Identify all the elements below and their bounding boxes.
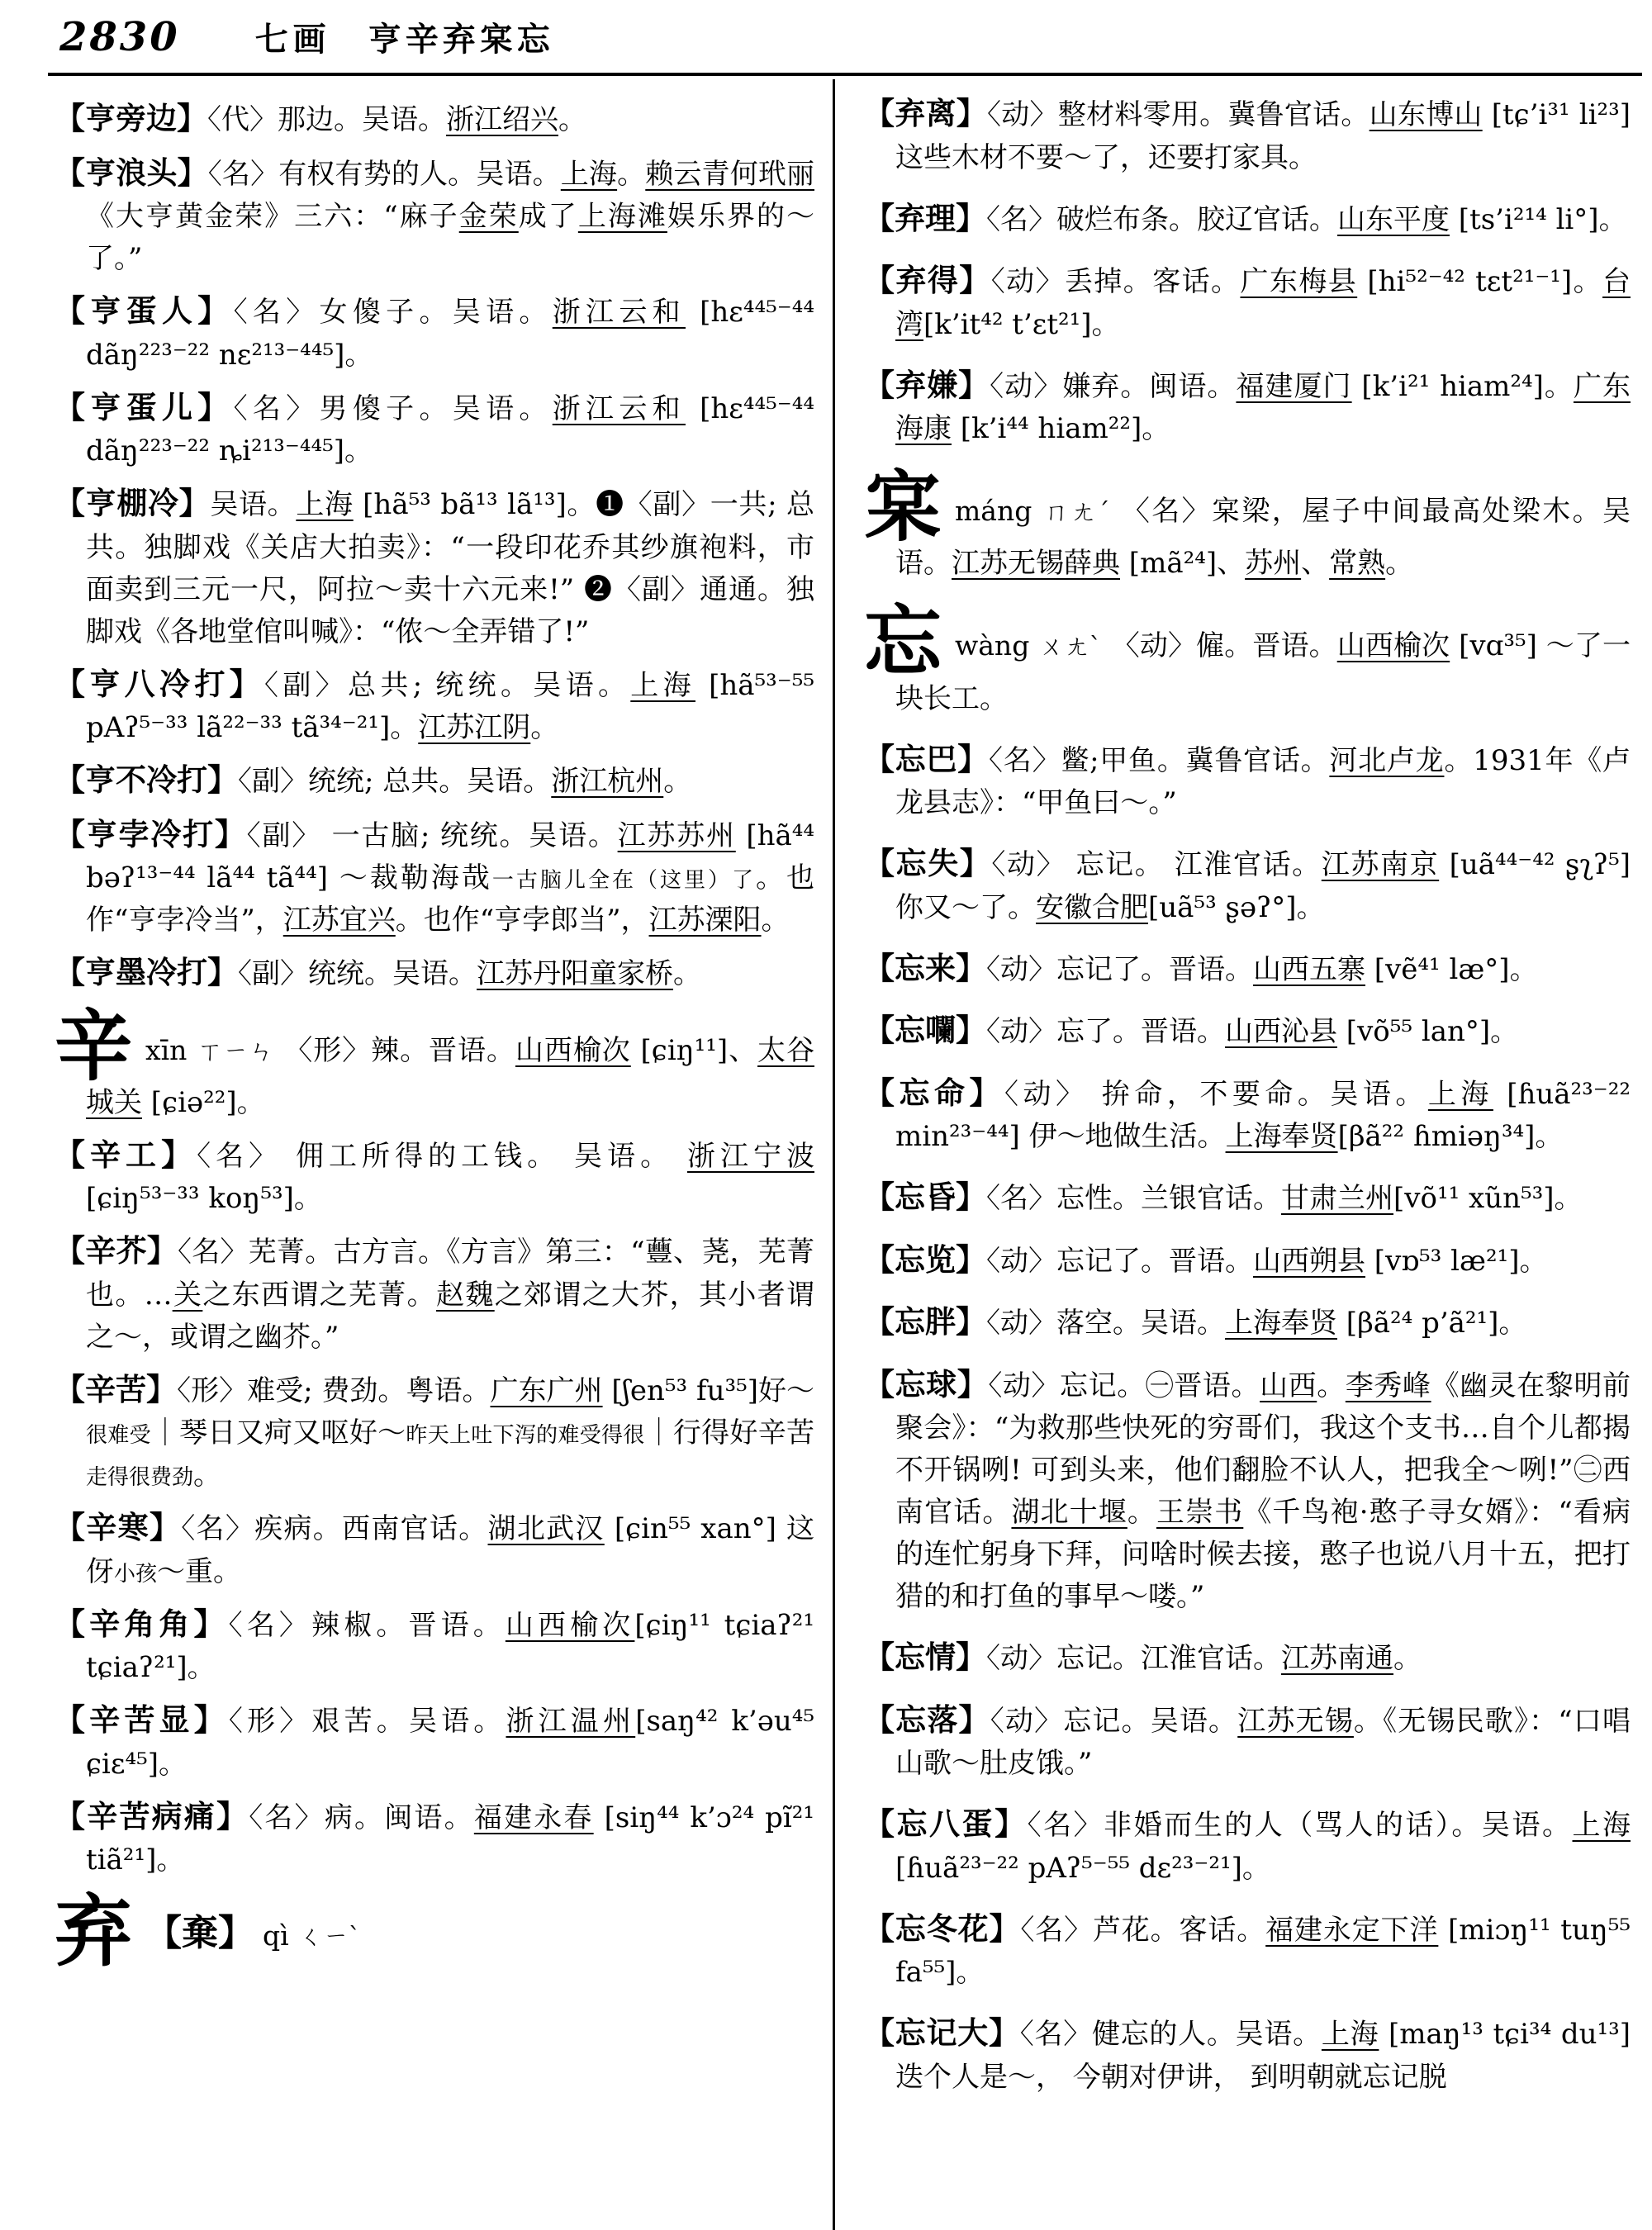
entry-headword: 【亨八冷打】 xyxy=(55,666,264,702)
entry-text: 〈动〉忘记了。晋语。 xyxy=(986,1245,1253,1278)
entry-headword: 【亨浪头】 xyxy=(55,154,208,191)
proper-noun: 福建永春 xyxy=(474,1801,594,1834)
gloss-text: 走得很费劲 xyxy=(86,1465,193,1490)
entry-headword: 【辛工】 xyxy=(55,1136,197,1173)
entry-text: 。 xyxy=(617,158,645,191)
entry-headword: 【辛苦显】 xyxy=(55,1701,229,1738)
entry-text: [ʃen⁵³ fu³⁵]好～ xyxy=(603,1374,814,1407)
dict-entry: 【忘巴】〈名〉鳖;甲鱼。冀鲁官话。河北卢龙。1931年《卢龙县志》：“甲鱼曰～。… xyxy=(864,737,1631,825)
entry-text: [k’i⁴⁴ hiam²²]。 xyxy=(952,412,1170,445)
proper-noun: 浙江绍兴 xyxy=(446,103,558,136)
entry-text: 〈动〉 拚命，不要命。吴语。 xyxy=(1004,1078,1428,1111)
gloss-text: 小孩 xyxy=(114,1562,157,1587)
dict-entry: 【辛苦】〈形〉难受; 费劲。粤语。广东广州 [ʃen⁵³ fu³⁵]好～很难受｜… xyxy=(55,1367,814,1497)
proper-noun: 江苏苏州 xyxy=(618,819,736,852)
pinyin: wàng xyxy=(955,629,1029,662)
entry-headword: 【亨蛋人】 xyxy=(55,292,234,329)
proper-noun: 安徽合肥 xyxy=(1036,891,1148,924)
dict-entry: 【辛芥】〈名〉芜菁。古方言。《方言》第三：“蘴、荛，芜菁也。…关之东西谓之芜菁。… xyxy=(55,1228,814,1359)
entry-text: 〈动〉忘了。晋语。 xyxy=(986,1015,1225,1048)
entry-text: 〈名〉疾病。西南官话。 xyxy=(181,1512,487,1545)
pinyin: máng xyxy=(955,495,1032,527)
pinyin: qì xyxy=(263,1919,289,1952)
entry-text: 〈动〉 忘记。 江淮官话。 xyxy=(991,848,1321,881)
dict-entry: 【忘冬花】〈名〉芦花。客话。福建永定下洋 [miɔŋ¹¹ tuŋ⁵⁵ fa⁵⁵]… xyxy=(864,1906,1631,1995)
proper-noun: 浙江云和 xyxy=(553,392,686,425)
entry-text: 〈名〉有权有势的人。吴语。 xyxy=(208,158,561,191)
gloss-text: 昨天上吐下泻的难受得很 xyxy=(406,1423,644,1448)
dict-entry: 【亨旁边】〈代〉那边。吴语。浙江绍兴。 xyxy=(55,96,814,142)
entry-headword: 【忘记大】 xyxy=(864,2014,1020,2051)
traditional-form: 【棄】 xyxy=(145,1912,254,1954)
entry-text: [ts’i²¹⁴ li°]。 xyxy=(1450,203,1627,236)
entry-text: 〈动〉落空。吴语。 xyxy=(986,1307,1225,1340)
section-character: 弃 xyxy=(55,1896,132,1967)
entry-text: 〈动〉忘记。江淮官话。 xyxy=(986,1642,1281,1675)
proper-noun: 山西五寨 xyxy=(1253,953,1365,986)
entry-headword: 【辛苦】 xyxy=(55,1371,177,1407)
entry-headword: 【忘失】 xyxy=(864,845,991,881)
entry-text: 〈名〉男傻子。吴语。 xyxy=(234,392,553,425)
entry-text: [ɕiə²²]。 xyxy=(142,1086,265,1119)
entry-text: [βã²⁴ p’ã²¹]。 xyxy=(1337,1307,1526,1340)
dict-entry: 【忘八蛋】〈名〉非婚而生的人（骂人的话）。吴语。上海 [ɦuã²³⁻²² pAʔ… xyxy=(864,1801,1631,1890)
character-section: 弃【棄】qìㄑㄧˋ xyxy=(55,1896,814,1967)
entry-text: 〈名〉辣椒。晋语。 xyxy=(229,1609,506,1642)
proper-noun: 浙江云和 xyxy=(553,296,686,329)
entry-text: 〈名〉健忘的人。吴语。 xyxy=(1020,2018,1322,2051)
entry-text: [mã²⁴]、 xyxy=(1120,547,1245,580)
entry-headword: 【忘情】 xyxy=(864,1639,986,1675)
dict-entry: 【亨蛋儿】〈名〉男傻子。吴语。浙江云和 [hɛ⁴⁴⁵⁻⁴⁴ dãŋ²²³⁻²² … xyxy=(55,385,814,473)
character-section: 辛xīnㄒㄧㄣ〈形〉辣。晋语。山西榆次 [ɕiŋ¹¹]、太谷城关 [ɕiə²²]… xyxy=(55,1011,814,1124)
proper-noun: 上海 xyxy=(1428,1078,1493,1111)
entry-text: 成了 xyxy=(519,200,578,233)
entry-text: 之东西谓之芜菁。 xyxy=(202,1279,436,1312)
entry-text: 〈动〉忘记。吴语。 xyxy=(990,1705,1238,1738)
entry-text: 。 xyxy=(663,765,691,798)
section-character: 宲 xyxy=(864,472,942,543)
dict-entry: 【亨墨冷打】〈副〉统统。吴语。江苏丹阳童家桥。 xyxy=(55,950,814,996)
entry-text: 、 xyxy=(1301,547,1329,580)
zhuyin: ㄇㄤˊ xyxy=(1042,498,1112,527)
proper-noun: 苏州 xyxy=(1245,547,1301,580)
section-character: 忘 xyxy=(864,606,942,677)
proper-noun: 浙江温州 xyxy=(506,1705,635,1738)
entry-headword: 【忘昏】 xyxy=(864,1179,986,1215)
dict-entry: 【忘昏】〈名〉忘性。兰银官话。甘肃兰州[võ¹¹ xũn⁵³]。 xyxy=(864,1174,1631,1221)
entry-text: 〈动〉嫌弃。闽语。 xyxy=(990,370,1236,403)
proper-noun: 江苏无锡薛典 xyxy=(952,547,1120,580)
proper-noun: 山东博山 xyxy=(1370,98,1483,131)
proper-noun: 常熟 xyxy=(1329,547,1385,580)
entry-headword: 【亨蛋儿】 xyxy=(55,389,234,425)
dict-entry: 【辛工】〈名〉 佣工所得的工钱。 吴语。 浙江宁波 [ɕiŋ⁵³⁻³³ koŋ⁵… xyxy=(55,1132,814,1221)
entry-text: 。 xyxy=(1127,1496,1156,1529)
entry-text: 〈副〉统统。吴语。 xyxy=(238,957,477,990)
proper-noun: 上海奉贤 xyxy=(1225,1307,1337,1340)
proper-noun: 江苏丹阳童家桥 xyxy=(477,957,673,990)
entry-text: 。 xyxy=(558,103,586,136)
entry-text: 〈形〉艰苦。吴语。 xyxy=(229,1705,506,1738)
entry-text: 〈代〉那边。吴语。 xyxy=(207,103,446,136)
entry-headword: 【忘冬花】 xyxy=(864,1910,1020,1947)
pinyin: xīn xyxy=(145,1034,187,1066)
entry-text: [k’i²¹ hiam²⁴]。 xyxy=(1352,370,1574,403)
entry-text: 《大亨黄金荣》三六：“麻子 xyxy=(86,200,459,233)
character-section: 忘wàngㄨㄤˋ〈动〉僱。晋语。山西榆次 [vɑ³⁵] ～了一块长工。 xyxy=(864,606,1631,719)
entry-text: 。也作“亨孛郎当”， xyxy=(396,904,649,937)
dict-entry: 【亨棚冷】吴语。上海 [hã⁵³ bã¹³ lã¹³]。❶〈副〉一共; 总共。独… xyxy=(55,481,814,653)
entry-text: [võ¹¹ xũn⁵³]。 xyxy=(1393,1182,1583,1215)
proper-noun: 上海 xyxy=(1573,1809,1631,1842)
entry-headword: 【忘落】 xyxy=(864,1701,990,1738)
proper-noun: 福建厦门 xyxy=(1236,370,1351,403)
proper-noun: 湖北武汉 xyxy=(488,1512,605,1545)
entry-text: 。 xyxy=(1393,1642,1422,1675)
entry-text: 〈副〉总共; 统统。吴语。 xyxy=(264,669,630,702)
proper-noun: 江苏江阴 xyxy=(418,711,530,744)
entry-text: [ɦuã²³⁻²² pAʔ⁵⁻⁵⁵ dɛ²³⁻²¹]。 xyxy=(895,1852,1270,1885)
dict-entry: 【弃嫌】〈动〉嫌弃。闽语。福建厦门 [k’i²¹ hiam²⁴]。广东海康 [k… xyxy=(864,363,1631,451)
entry-text: 。 xyxy=(762,904,790,937)
entry-headword: 【亨棚冷】 xyxy=(55,485,210,521)
entry-text: ｜琴日又疴又呕好～ xyxy=(151,1416,406,1449)
entry-text: 。 xyxy=(673,957,701,990)
entry-headword: 【忘胖】 xyxy=(864,1303,986,1340)
dict-entry: 【弃得】〈动〉丢掉。客话。广东梅县 [hi⁵²⁻⁴² tɛt²¹⁻¹]。台湾[k… xyxy=(864,258,1631,346)
dict-entry: 【忘胖】〈动〉落空。吴语。上海奉贤 [βã²⁴ p’ã²¹]。 xyxy=(864,1299,1631,1345)
proper-noun: 福建永定下洋 xyxy=(1265,1914,1438,1947)
entry-headword: 【忘命】 xyxy=(864,1075,1004,1111)
entry-headword: 【弃得】 xyxy=(864,262,991,298)
proper-noun: 关 xyxy=(173,1279,203,1312)
proper-noun: 上海奉贤 xyxy=(1226,1120,1338,1153)
zhuyin: ㄒㄧㄣ xyxy=(197,1037,274,1066)
proper-noun: 上海 xyxy=(561,158,617,191)
proper-noun: 上海 xyxy=(1322,2018,1379,2051)
entry-headword: 【忘来】 xyxy=(864,950,986,986)
proper-noun: 山西沁县 xyxy=(1225,1015,1337,1048)
proper-noun: 王崇书 xyxy=(1156,1496,1243,1529)
page-number: 2830 xyxy=(59,14,180,60)
dict-entry: 【弃离】〈动〉整材料零用。冀鲁官话。山东博山 [tɕ’i³¹ li²³] 这些木… xyxy=(864,91,1631,179)
proper-noun: 金荣 xyxy=(459,200,519,233)
zhuyin: ㄑㄧˋ xyxy=(299,1923,361,1952)
proper-noun: 上海 xyxy=(630,669,695,702)
proper-noun: 上海滩 xyxy=(578,200,667,233)
entry-text: ～重。 xyxy=(157,1555,241,1588)
entry-text: [k’it⁴² t’ɛt²¹]。 xyxy=(923,308,1120,341)
proper-noun: 赵魏 xyxy=(436,1279,495,1312)
entry-headword: 【忘球】 xyxy=(864,1366,988,1402)
entry-text: 〈动〉忘记。㊀晋语。 xyxy=(988,1369,1260,1402)
dict-entry: 【忘命】〈动〉 拚命，不要命。吴语。上海 [ɦuã²³⁻²² min²³⁻⁴⁴]… xyxy=(864,1070,1631,1159)
dict-entry: 【忘情】〈动〉忘记。江淮官话。江苏南通。 xyxy=(864,1635,1631,1681)
dict-entry: 【忘来】〈动〉忘记了。晋语。山西五寨 [vẽ⁴¹ læ°]。 xyxy=(864,946,1631,992)
entry-headword: 【辛芥】 xyxy=(55,1232,178,1269)
entry-headword: 【亨旁边】 xyxy=(55,100,207,136)
proper-noun: 河北卢龙 xyxy=(1329,744,1444,777)
dict-entry: 【亨蛋人】〈名〉女傻子。吴语。浙江云和 [hɛ⁴⁴⁵⁻⁴⁴ dãŋ²²³⁻²² … xyxy=(55,288,814,377)
entry-text: 〈形〉难受; 费劲。粤语。 xyxy=(177,1374,490,1407)
proper-noun: 江苏宜兴 xyxy=(283,904,396,937)
proper-noun: 山西 xyxy=(1260,1369,1317,1402)
entry-headword: 【亨孛冷打】 xyxy=(55,816,247,852)
entry-headword: 【弃离】 xyxy=(864,95,987,131)
entry-text: [ɕiŋ¹¹]、 xyxy=(631,1034,757,1067)
dict-entry: 【亨不冷打】〈副〉统统; 总共。吴语。浙江杭州。 xyxy=(55,757,814,804)
gloss-text: 很难受 xyxy=(86,1423,151,1448)
dict-entry: 【忘落】〈动〉忘记。吴语。江苏无锡。《无锡民歌》：“口唱山歌～肚皮饿。” xyxy=(864,1697,1631,1786)
entry-text: 。 xyxy=(530,711,558,744)
column-divider xyxy=(833,79,835,2230)
proper-noun: 广东广州 xyxy=(491,1374,603,1407)
gloss-text: 一古脑儿全在（这里）了 xyxy=(492,868,756,893)
header-rule xyxy=(48,73,1642,76)
proper-noun: 浙江宁波 xyxy=(687,1140,814,1173)
proper-noun: 赖云青何玳丽 xyxy=(645,158,814,191)
entry-text: 〈名〉非婚而生的人（骂人的话）。吴语。 xyxy=(1028,1809,1573,1842)
entry-headword: 【辛寒】 xyxy=(55,1509,181,1545)
proper-noun: 山西榆次 xyxy=(1337,629,1450,662)
entry-text: ｜行得好辛苦 xyxy=(645,1416,814,1449)
proper-noun: 江苏无锡 xyxy=(1237,1705,1354,1738)
section-character: 辛 xyxy=(55,1011,132,1082)
entry-text: 〈动〉整材料零用。冀鲁官话。 xyxy=(987,98,1370,131)
dict-entry: 【亨浪头】〈名〉有权有势的人。吴语。上海。赖云青何玳丽《大亨黄金荣》三六：“麻子… xyxy=(55,150,814,281)
entry-headword: 【弃嫌】 xyxy=(864,367,990,403)
entry-text: 〈名〉女傻子。吴语。 xyxy=(234,296,553,329)
right-column: 【弃离】〈动〉整材料零用。冀鲁官话。山东博山 [tɕ’i³¹ li²³] 这些木… xyxy=(864,91,1631,2230)
entry-text: 〈副〉统统; 总共。吴语。 xyxy=(238,765,551,798)
entry-headword: 【忘览】 xyxy=(864,1241,986,1278)
entry-text: 〈名〉病。闽语。 xyxy=(249,1801,474,1834)
proper-noun: 山西榆次 xyxy=(515,1034,631,1067)
entry-text: 〈动〉丢掉。客话。 xyxy=(991,265,1241,298)
entry-headword: 【亨不冷打】 xyxy=(55,762,238,798)
dict-entry: 【忘记大】〈名〉健忘的人。吴语。上海 [maŋ¹³ tɕi³⁴ du¹³] 迭个… xyxy=(864,2010,1631,2099)
proper-noun: 山东平度 xyxy=(1337,203,1450,236)
dict-entry: 【忘览】〈动〉忘记了。晋语。山西朔县 [vɒ⁵³ læ²¹]。 xyxy=(864,1237,1631,1283)
entry-headword: 【辛苦病痛】 xyxy=(55,1798,249,1834)
proper-noun: 湖北十堰 xyxy=(1011,1496,1127,1529)
entry-text: 〈名〉忘性。兰银官话。 xyxy=(986,1182,1281,1215)
page-header: 2830 七画 亨辛弃宲忘 xyxy=(59,13,554,60)
headword-characters: 亨辛弃宲忘 xyxy=(368,20,554,59)
entry-text: [ɕiŋ⁵³⁻³³ koŋ⁵³]。 xyxy=(86,1182,322,1215)
proper-noun: 江苏溧阳 xyxy=(649,904,762,937)
entry-text: 〈名〉破烂布条。胶辽官话。 xyxy=(986,203,1337,236)
proper-noun: 山西榆次 xyxy=(506,1609,635,1642)
character-section: 宲mángㄇㄤˊ〈名〉宲梁，屋子中间最高处梁木。吴语。江苏无锡薛典 [mã²⁴]… xyxy=(864,472,1631,585)
dict-entry: 【辛苦显】〈形〉艰苦。吴语。浙江温州[saŋ⁴² k’əu⁴⁵ ɕiɛ⁴⁵]。 xyxy=(55,1697,814,1786)
entry-text: 〈名〉芦花。客话。 xyxy=(1020,1914,1265,1947)
entry-text: [võ⁵⁵ lan°]。 xyxy=(1337,1015,1518,1048)
dict-entry: 【忘㘓】〈动〉忘了。晋语。山西沁县 [võ⁵⁵ lan°]。 xyxy=(864,1008,1631,1054)
entry-headword: 【忘㘓】 xyxy=(864,1012,986,1048)
entry-text: 〈名〉鳖;甲鱼。冀鲁官话。 xyxy=(989,744,1329,777)
entry-headword: 【忘八蛋】 xyxy=(864,1805,1028,1842)
entry-text: [uã⁵³ ʂəʔ°]。 xyxy=(1148,891,1325,924)
entry-text: 〈动〉僱。晋语。 xyxy=(1112,629,1337,662)
dict-entry: 【辛苦病痛】〈名〉病。闽语。福建永春 [siŋ⁴⁴ k’ɔ²⁴ pĩ²¹ tiã… xyxy=(55,1794,814,1882)
entry-text: 。 xyxy=(1385,547,1413,580)
proper-noun: 甘肃兰州 xyxy=(1281,1182,1393,1215)
dict-entry: 【忘球】〈动〉忘记。㊀晋语。山西。李秀峰《幽灵在黎明前聚会》：“为救那些快死的穷… xyxy=(864,1362,1631,1619)
entry-text: 〈副〉 一古脑; 统统。吴语。 xyxy=(247,819,618,852)
dictionary-page: 2830 七画 亨辛弃宲忘 【亨旁边】〈代〉那边。吴语。浙江绍兴。【亨浪头】〈名… xyxy=(0,0,1652,2230)
left-column: 【亨旁边】〈代〉那边。吴语。浙江绍兴。【亨浪头】〈名〉有权有势的人。吴语。上海。… xyxy=(55,96,814,2230)
proper-noun: 李秀峰 xyxy=(1346,1369,1431,1402)
entry-text: 〈形〉辣。晋语。 xyxy=(284,1034,515,1067)
entry-text: [βã²² ɦmiəŋ³⁴]。 xyxy=(1338,1120,1564,1153)
dict-entry: 【忘失】〈动〉 忘记。 江淮官话。江苏南京 [uã⁴⁴⁻⁴² ʂʅʔ⁵] 你又～… xyxy=(864,841,1631,929)
proper-noun: 广东梅县 xyxy=(1240,265,1357,298)
proper-noun: 江苏南京 xyxy=(1322,848,1439,881)
entry-headword: 【辛角角】 xyxy=(55,1606,229,1642)
entry-text: [hi⁵²⁻⁴² tɛt²¹⁻¹]。 xyxy=(1357,265,1602,298)
dict-entry: 【亨孛冷打】〈副〉 一古脑; 统统。吴语。江苏苏州 [hã⁴⁴ bəʔ¹³⁻⁴⁴… xyxy=(55,812,814,942)
proper-noun: 江苏南通 xyxy=(1281,1642,1393,1675)
stroke-count-label: 七画 xyxy=(255,20,331,59)
proper-noun: 浙江杭州 xyxy=(551,765,663,798)
dict-entry: 【弃理】〈名〉破烂布条。胶辽官话。山东平度 [ts’i²¹⁴ li°]。 xyxy=(864,196,1631,242)
dict-entry: 【辛角角】〈名〉辣椒。晋语。山西榆次[ɕiŋ¹¹ tɕiaʔ²¹ tɕiaʔ²¹… xyxy=(55,1601,814,1690)
proper-noun: 上海 xyxy=(296,488,353,521)
dict-entry: 【亨八冷打】〈副〉总共; 统统。吴语。上海 [hã⁵³⁻⁵⁵ pAʔ⁵⁻³³ l… xyxy=(55,662,814,750)
entry-text: 〈名〉 佣工所得的工钱。 吴语。 xyxy=(197,1140,687,1173)
entry-headword: 【亨墨冷打】 xyxy=(55,954,238,990)
entry-text: 吴语。 xyxy=(210,488,296,521)
entry-text: 〈动〉忘记了。晋语。 xyxy=(986,953,1253,986)
entry-headword: 【弃理】 xyxy=(864,200,986,236)
dict-entry: 【辛寒】〈名〉疾病。西南官话。湖北武汉 [ɕin⁵⁵ xan°] 这伢小孩～重。 xyxy=(55,1505,814,1593)
entry-headword: 【忘巴】 xyxy=(864,741,989,777)
entry-text: 。 xyxy=(1317,1369,1346,1402)
entry-text: [vɒ⁵³ læ²¹]。 xyxy=(1365,1245,1547,1278)
proper-noun: 山西朔县 xyxy=(1253,1245,1365,1278)
zhuyin: ㄨㄤˋ xyxy=(1039,633,1101,662)
entry-text: 。 xyxy=(193,1459,221,1492)
entry-text: [vẽ⁴¹ læ°]。 xyxy=(1365,953,1538,986)
